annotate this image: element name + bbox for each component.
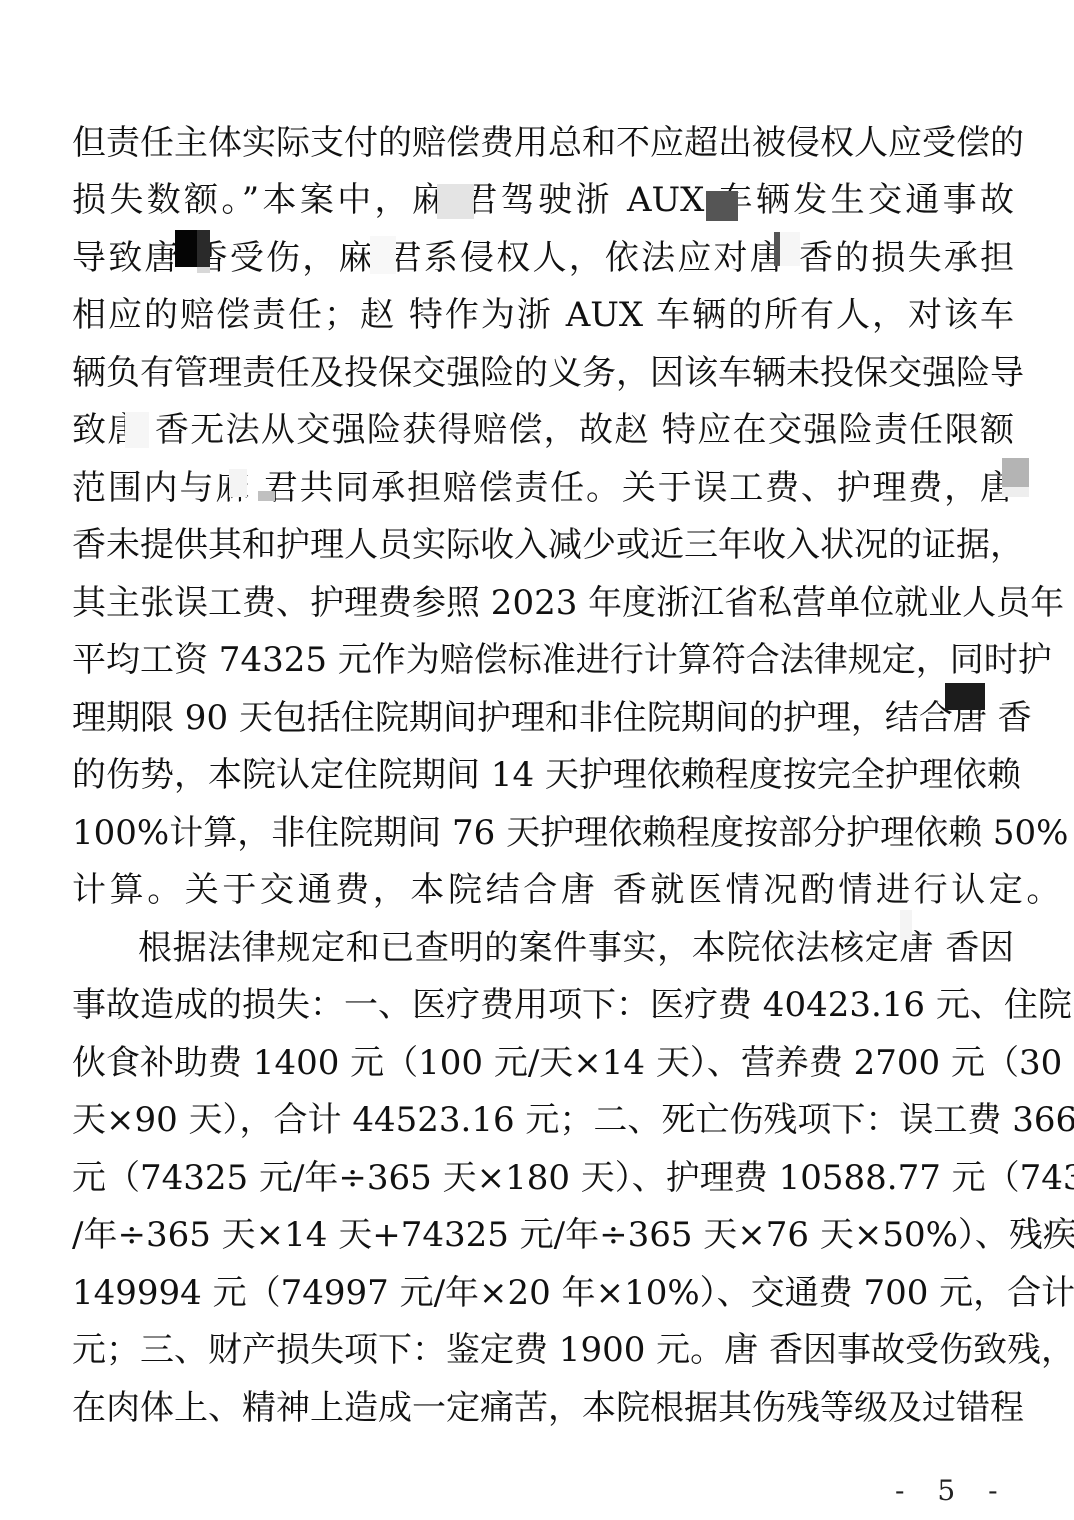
redaction-block [175,230,197,267]
redaction-block [1002,487,1029,497]
text-line-2: 损失数额。”本案中，麻 君驾驶浙 AUX 车辆发生交通事故 [72,178,1014,222]
text-line-18: 天×90 天），合计 44523.16 元；二、死亡伤残项下：误工费 36653… [72,1098,1014,1142]
text-line-3: 导致唐 香受伤，麻 君系侵权人，依法应对唐 香的损失承担 [72,236,1014,280]
text-line-5: 辆负有管理责任及投保交强险的义务，因该车辆未投保交强险导 [72,351,1014,395]
document-page: 但责任主体实际支付的赔偿费用总和不应超出被侵权人应受偿的 损失数额。”本案中，麻… [0,0,1074,1520]
redaction-block [197,267,210,273]
redaction-block [197,230,210,267]
text-line-16: 事故造成的损失：一、医疗费用项下：医疗费 40423.16 元、住院 [72,983,1014,1027]
text-line-15: 根据法律规定和已查明的案件事实，本院依法核定唐 香因 [138,926,1014,970]
redaction-block [437,184,474,219]
text-line-6: 致唐 香无法从交强险获得赔偿，故赵 特应在交强险责任限额 [72,408,1014,452]
text-line-9: 其主张误工费、护理费参照 2023 年度浙江省私营单位就业人员年 [72,581,1014,625]
redaction-block [125,412,149,448]
page-number: - 5 - [895,1474,1010,1508]
text-line-22: 元；三、财产损失项下：鉴定费 1900 元。唐 香因事故受伤致残， [72,1328,1014,1372]
redaction-block [780,232,800,266]
text-line-14: 计算。关于交通费，本院结合唐 香就医情况酌情进行认定。 [72,868,1014,912]
redaction-block [370,236,396,274]
redaction-block [258,491,275,501]
text-line-17: 伙食补助费 1400 元（100 元/天×14 天）、营养费 2700 元（30… [72,1041,1014,1085]
text-line-11: 理期限 90 天包括住院期间护理和非住院期间的护理，结合唐 香 [72,696,1014,740]
redaction-block [900,910,912,940]
redaction-block [706,191,738,221]
redaction-block [1002,458,1029,487]
text-line-7: 范围内与麻 君共同承担赔偿责任。关于误工费、护理费，唐 [72,466,1014,510]
text-line-1: 但责任主体实际支付的赔偿费用总和不应超出被侵权人应受偿的 [72,121,1014,165]
text-line-4: 相应的赔偿责任；赵 特作为浙 AUX 车辆的所有人，对该车 [72,293,1014,337]
redaction-block [229,469,247,497]
text-line-12: 的伤势，本院认定住院期间 14 天护理依赖程度按完全护理依赖 [72,753,1014,797]
text-line-8: 香未提供其和护理人员实际收入减少或近三年收入状况的证据， [72,523,1014,567]
text-line-21: 149994 元（74997 元/年×20 年×10%）、交通费 700 元，合… [72,1271,1014,1315]
text-line-10: 平均工资 74325 元作为赔偿标准进行计算符合法律规定，同时护 [72,638,1014,682]
text-line-19: 元（74325 元/年÷365 天×180 天）、护理费 10588.77 元（… [72,1156,1014,1200]
redaction-block [945,683,985,710]
text-line-13: 100%计算，非住院期间 76 天护理依赖程度按部分护理依赖 50% [72,811,1014,855]
text-line-20: /年÷365 天×14 天+74325 元/年÷365 天×76 天×50%）、… [72,1213,1014,1257]
text-line-23: 在肉体上、精神上造成一定痛苦，本院根据其伤残等级及过错程 [72,1386,1014,1430]
